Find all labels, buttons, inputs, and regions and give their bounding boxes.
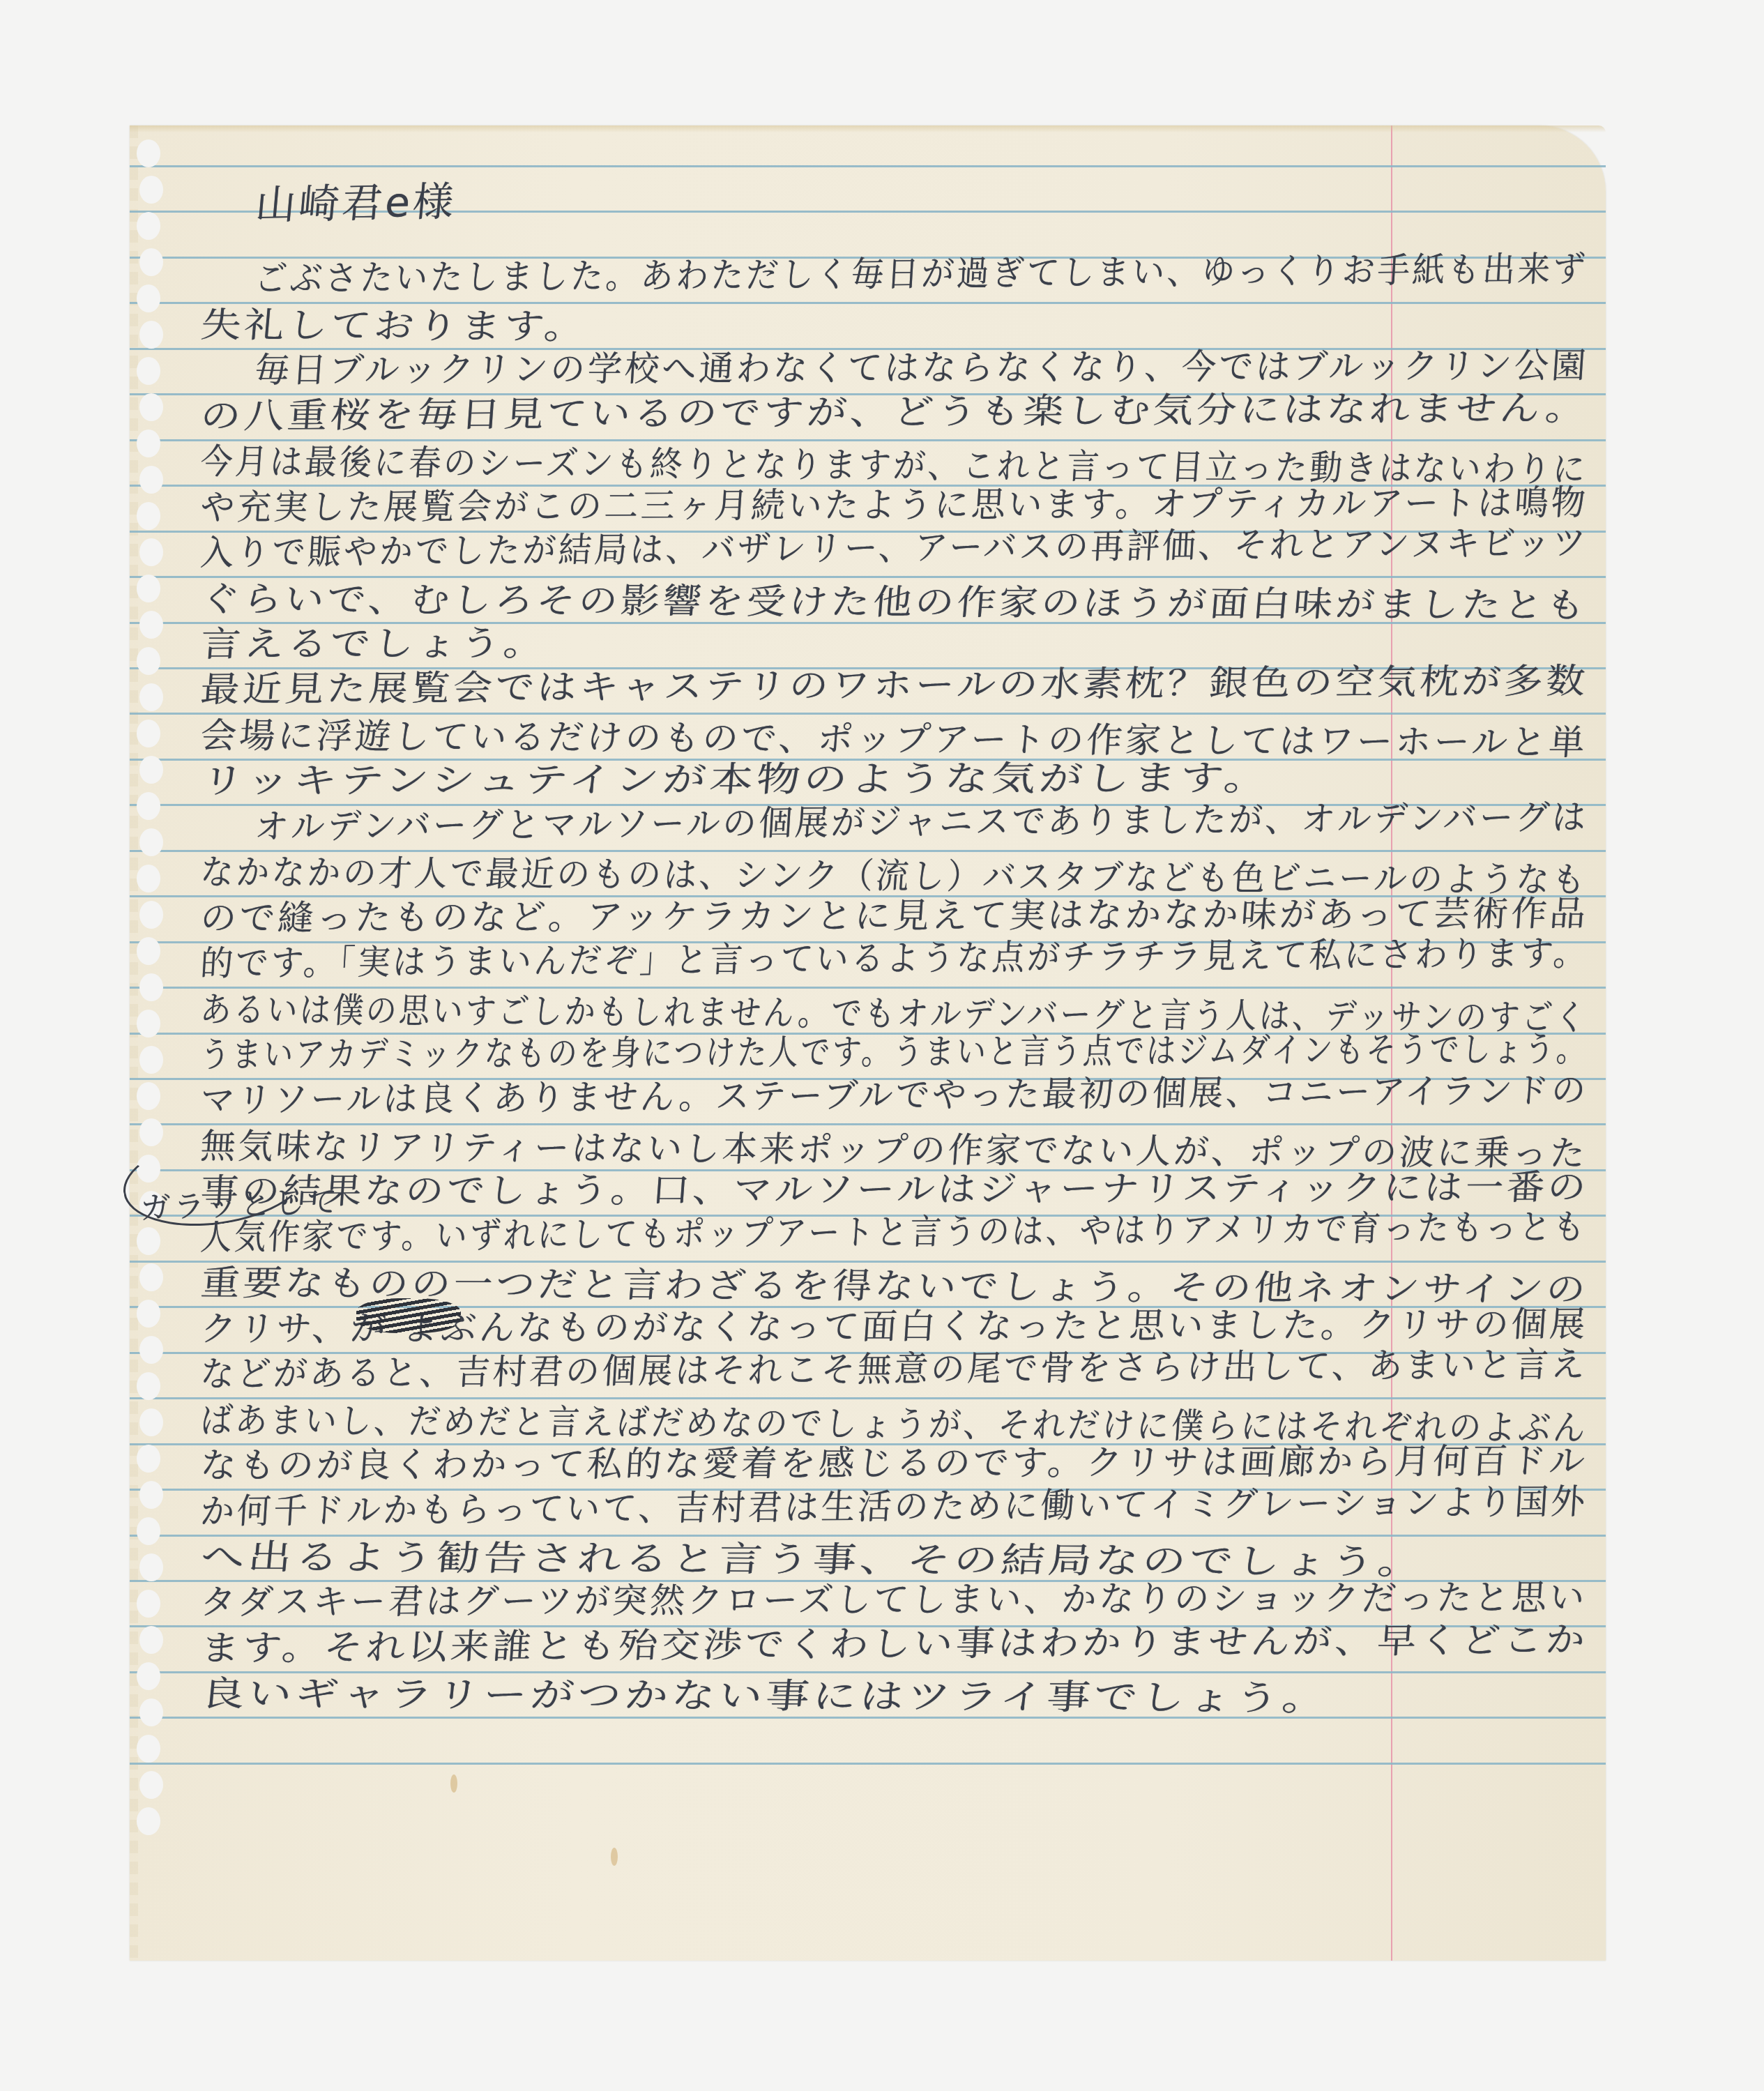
perforation-hole (137, 937, 160, 965)
ruled-line (130, 1763, 1606, 1765)
perforation-hole (137, 1590, 160, 1618)
ruled-line (130, 302, 1606, 304)
ruled-line (130, 1535, 1606, 1537)
perforation-hole (139, 1118, 163, 1146)
perforation-hole (139, 901, 163, 929)
letter-salutation: 山崎君e様 (254, 181, 458, 225)
handwritten-line: なものが良くわかって私的な愛着を感じるのです。クリサは画廊から月何百ドル (199, 1443, 1589, 1483)
perforation-hole (137, 1445, 160, 1473)
handwritten-line: か何千ドルかもらっていて、吉村君は生活のために働いてイミグレーションより国外 (199, 1484, 1589, 1528)
perforation-hole (137, 139, 160, 167)
handwritten-line: や充実した展覧会がこの二三ヶ月続いたように思います。オプティカルアートは鳴物 (199, 485, 1589, 524)
perforation-hole (137, 720, 160, 747)
perforation-hole (137, 1010, 160, 1037)
perforation-hole (137, 1662, 160, 1690)
perforation-hole (137, 1372, 160, 1400)
perforation-hole (137, 284, 160, 312)
ruled-line (130, 576, 1606, 578)
handwritten-line: ぐらいで、むしろその影響を受けた他の作家のほうが面白味がましたとも (199, 581, 1590, 623)
handwritten-line: タダスキー君はグーツが突然クローズしてしまい、かなりのショックだったと思い (199, 1580, 1588, 1620)
perforation-hole (137, 647, 160, 675)
handwritten-line: などがあると、吉村君の個展はそれこそ無意の尾で骨をさらけ出して、あまいと言え (199, 1347, 1588, 1392)
ruled-line (130, 713, 1606, 715)
ruled-line (130, 1123, 1606, 1125)
perforation-hole (139, 683, 163, 711)
perforation-hole (139, 756, 163, 784)
perforation-hole (139, 1553, 163, 1581)
ruled-line (130, 165, 1606, 167)
paper-stain (450, 1774, 457, 1793)
handwritten-line: 失礼しております。 (199, 307, 589, 344)
perforation-hole (139, 1698, 163, 1726)
handwritten-line: マリソールは良くありません。ステーブルでやった最初の個展、コニーアイランドの (199, 1073, 1589, 1118)
perforation-hole (139, 321, 163, 349)
ruled-line (130, 850, 1606, 852)
notebook-page: 山崎君e様 ごぶさたいたしました。あわただしく毎日が過ぎてしまい、ゆっくりお手紙… (130, 126, 1606, 1961)
perforation-hole (139, 466, 163, 494)
handwritten-line: 会場に浮遊しているだけのもので、ポップアートの作家としてはワーホールと単 (199, 718, 1589, 760)
handwritten-line: 入りで賑やかでしたが結局は、バザレリー、アーバスの再評価、それとアンヌキビッツ (199, 525, 1589, 570)
ruled-line (130, 1261, 1606, 1263)
handwritten-line: オルデンバーグとマルソールの個展がジャニスでありましたが、オルデンバーグは (254, 800, 1589, 844)
ruled-line (130, 1397, 1606, 1399)
perforation-hole (139, 1336, 163, 1364)
perforation-hole (139, 1263, 163, 1291)
perforation-hole (139, 1408, 163, 1436)
handwritten-line: ので縫ったものなど。アッケラカンとに見えて実はなかなか味があって芸術作品 (199, 896, 1590, 936)
handwritten-line: 良いギャラリーがつかない事にはツライ事でしょう。 (199, 1676, 1331, 1716)
handwritten-line: あるいは僕の思いすごしかもしれません。でもオルデンバーグと言う人は、デッサンのす… (199, 992, 1589, 1035)
perforation-hole (137, 1300, 160, 1328)
handwritten-line: うまいアカデミックなものを身につけた人です。うまいと言う点ではジムダインもそうで… (199, 1032, 1589, 1072)
perforation-hole (137, 1227, 160, 1255)
perforation-hole (137, 502, 160, 530)
handwritten-line: 最近見た展覧会ではキャステリのワホールの水素枕？銀色の空気枕が多数 (199, 664, 1590, 707)
perforation-hole (137, 357, 160, 385)
perforation-hole (139, 611, 163, 639)
ruled-line (130, 439, 1606, 441)
perforation-hole (137, 429, 160, 457)
perforation-hole (137, 1517, 160, 1545)
handwritten-line: 的です。「実はうまいんだぞ」と言っているような点がチラチラ見えて私にさわります。 (199, 936, 1590, 981)
perforation-hole (139, 973, 163, 1001)
perforation-hole (137, 212, 160, 240)
ruled-line (130, 1717, 1606, 1719)
handwritten-line: 無気味なリアリティーはないし本来ポップの作家でない人が、ポップの波に乗った (199, 1129, 1589, 1171)
perforation-hole (139, 176, 163, 204)
crossed-out-scribble (356, 1298, 461, 1333)
perforation-hole (139, 393, 163, 421)
handwritten-line: ばあまいし、だめだと言えばだめなのでしょうが、それだけに僕らにはそれぞれのよぶん (199, 1403, 1589, 1445)
perforation-hole (137, 1082, 160, 1110)
torn-perforated-edge (130, 126, 138, 1961)
perforation-hole (137, 575, 160, 602)
handwritten-line: ます。それ以来誰とも殆交渉でくわしい事はわかりませんが、早くどこか (199, 1622, 1589, 1665)
handwritten-line: なかなかの才人で最近のものは、シンク（流し）バスタブなども色ビニールのようなも (199, 855, 1589, 897)
handwritten-line: 人気作家です。いずれにしてもポップアートと言うのは、やはりアメリカで育ったもっと… (199, 1209, 1588, 1254)
perforation-hole (139, 1626, 163, 1654)
ruled-line (130, 987, 1606, 989)
perforation-hole (137, 865, 160, 892)
perforation-hole (139, 828, 163, 856)
handwritten-line: の八重桜を毎日見ているのですが、どうも楽しむ気分にはなれません。 (199, 390, 1590, 434)
perforation-hole (139, 1046, 163, 1074)
perforation-hole (137, 792, 160, 820)
perforation-hole (139, 1481, 163, 1509)
perforation-hole (139, 248, 163, 276)
ruled-line (130, 1671, 1606, 1673)
handwritten-line: 言えるでしょう。 (199, 625, 548, 662)
perforation-hole (137, 1807, 160, 1835)
handwritten-line: 毎日ブルックリンの学校へ通わなくてはならなくなり、今ではブルックリン公園 (254, 348, 1590, 388)
paper-stain (611, 1848, 618, 1866)
handwritten-line: ごぶさたいたしました。あわただしく毎日が過ぎてしまい、ゆっくりお手紙も出来ず (254, 252, 1589, 296)
handwritten-line: リッキテンシュテインが本物のような気がします。 (199, 761, 1272, 798)
perforation-hole (139, 1771, 163, 1799)
handwritten-line: 今月は最後に春のシーズンも終りとなりますが、これと言って目立った動きはないわりに (199, 444, 1589, 487)
handwritten-line: 事の結果なのでしょう。口、マルソールはジャーナリスティックには一番の (199, 1170, 1590, 1209)
perforation-hole (137, 1735, 160, 1763)
handwritten-line: へ出るよう勧告されると言う事、その結局なのでしょう。 (199, 1539, 1427, 1579)
perforation-hole (139, 538, 163, 566)
